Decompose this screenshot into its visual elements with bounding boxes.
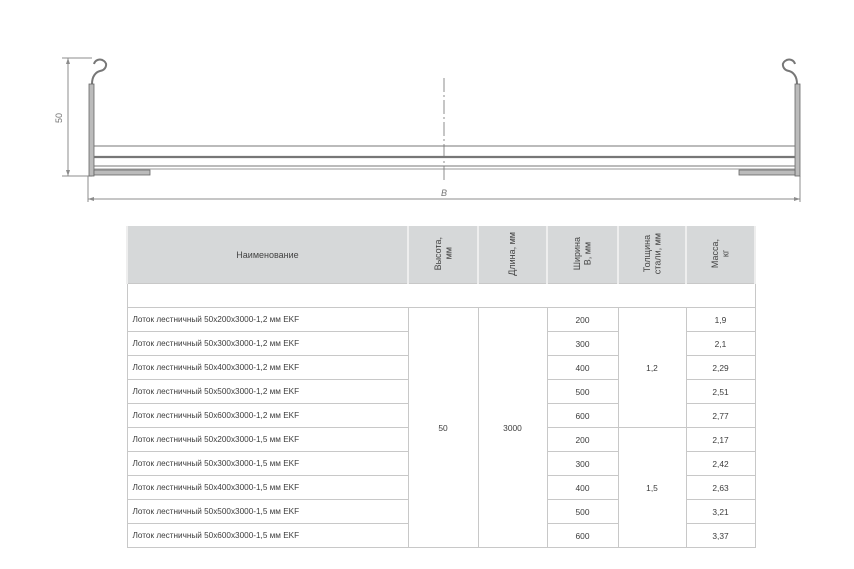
mass-value-cell: 3,21 (686, 500, 755, 524)
right-side-rail (739, 60, 800, 176)
width-value-cell: 300 (547, 452, 618, 476)
mass-value-cell: 2,29 (686, 356, 755, 380)
width-value-cell: 400 (547, 356, 618, 380)
width-value-cell: 200 (547, 428, 618, 452)
header-mass: Масса, кг (686, 226, 755, 284)
product-name-cell: Лоток лестничный 50х500х3000-1,2 мм EKF (127, 380, 408, 404)
width-value-cell: 500 (547, 500, 618, 524)
left-side-rail (89, 60, 150, 176)
mass-value-cell: 2,17 (686, 428, 755, 452)
product-name-cell: Лоток лестничный 50х400х3000-1,2 мм EKF (127, 356, 408, 380)
header-height: Высота, мм (408, 226, 478, 284)
width-value-cell: 500 (547, 380, 618, 404)
width-value-cell: 200 (547, 308, 618, 332)
height-value-cell: 50 (408, 308, 478, 548)
mass-value-cell: 2,42 (686, 452, 755, 476)
product-name-cell: Лоток лестничный 50х500х3000-1,5 мм EKF (127, 500, 408, 524)
product-name-cell: Лоток лестничный 50х400х3000-1,5 мм EKF (127, 476, 408, 500)
mass-value-cell: 2,1 (686, 332, 755, 356)
width-value-cell: 300 (547, 332, 618, 356)
table-row: Лоток лестничный 50х200х3000-1,2 мм EKF5… (127, 308, 755, 332)
thickness-value-cell: 1,2 (618, 308, 686, 428)
product-name-cell: Лоток лестничный 50х600х3000-1,5 мм EKF (127, 524, 408, 548)
product-name-cell: Лоток лестничный 50х200х3000-1,2 мм EKF (127, 308, 408, 332)
header-length: Длина, мм (478, 226, 547, 284)
product-name-cell: Лоток лестничный 50х200х3000-1,5 мм EKF (127, 428, 408, 452)
tray-cross-section-drawing: 50 B (0, 0, 854, 215)
mass-value-cell: 1,9 (686, 308, 755, 332)
mass-value-cell: 2,51 (686, 380, 755, 404)
header-thickness: Толщина стали, мм (618, 226, 686, 284)
thickness-value-cell: 1,5 (618, 428, 686, 548)
header-name: Наименование (127, 226, 408, 284)
product-name-cell: Лоток лестничный 50х600х3000-1,2 мм EKF (127, 404, 408, 428)
width-dimension-label: B (441, 188, 447, 198)
mass-value-cell: 2,77 (686, 404, 755, 428)
length-value-cell: 3000 (478, 308, 547, 548)
table-header-row: Наименование Высота, мм Длина, мм Ширина… (127, 226, 755, 284)
width-value-cell: 600 (547, 404, 618, 428)
width-value-cell: 600 (547, 524, 618, 548)
width-value-cell: 400 (547, 476, 618, 500)
header-width: Ширина B, мм (547, 226, 618, 284)
mass-value-cell: 2,63 (686, 476, 755, 500)
specification-table: Наименование Высота, мм Длина, мм Ширина… (126, 226, 756, 548)
product-name-cell: Лоток лестничный 50х300х3000-1,5 мм EKF (127, 452, 408, 476)
height-dimension-label: 50 (54, 113, 64, 123)
product-name-cell: Лоток лестничный 50х300х3000-1,2 мм EKF (127, 332, 408, 356)
mass-value-cell: 3,37 (686, 524, 755, 548)
